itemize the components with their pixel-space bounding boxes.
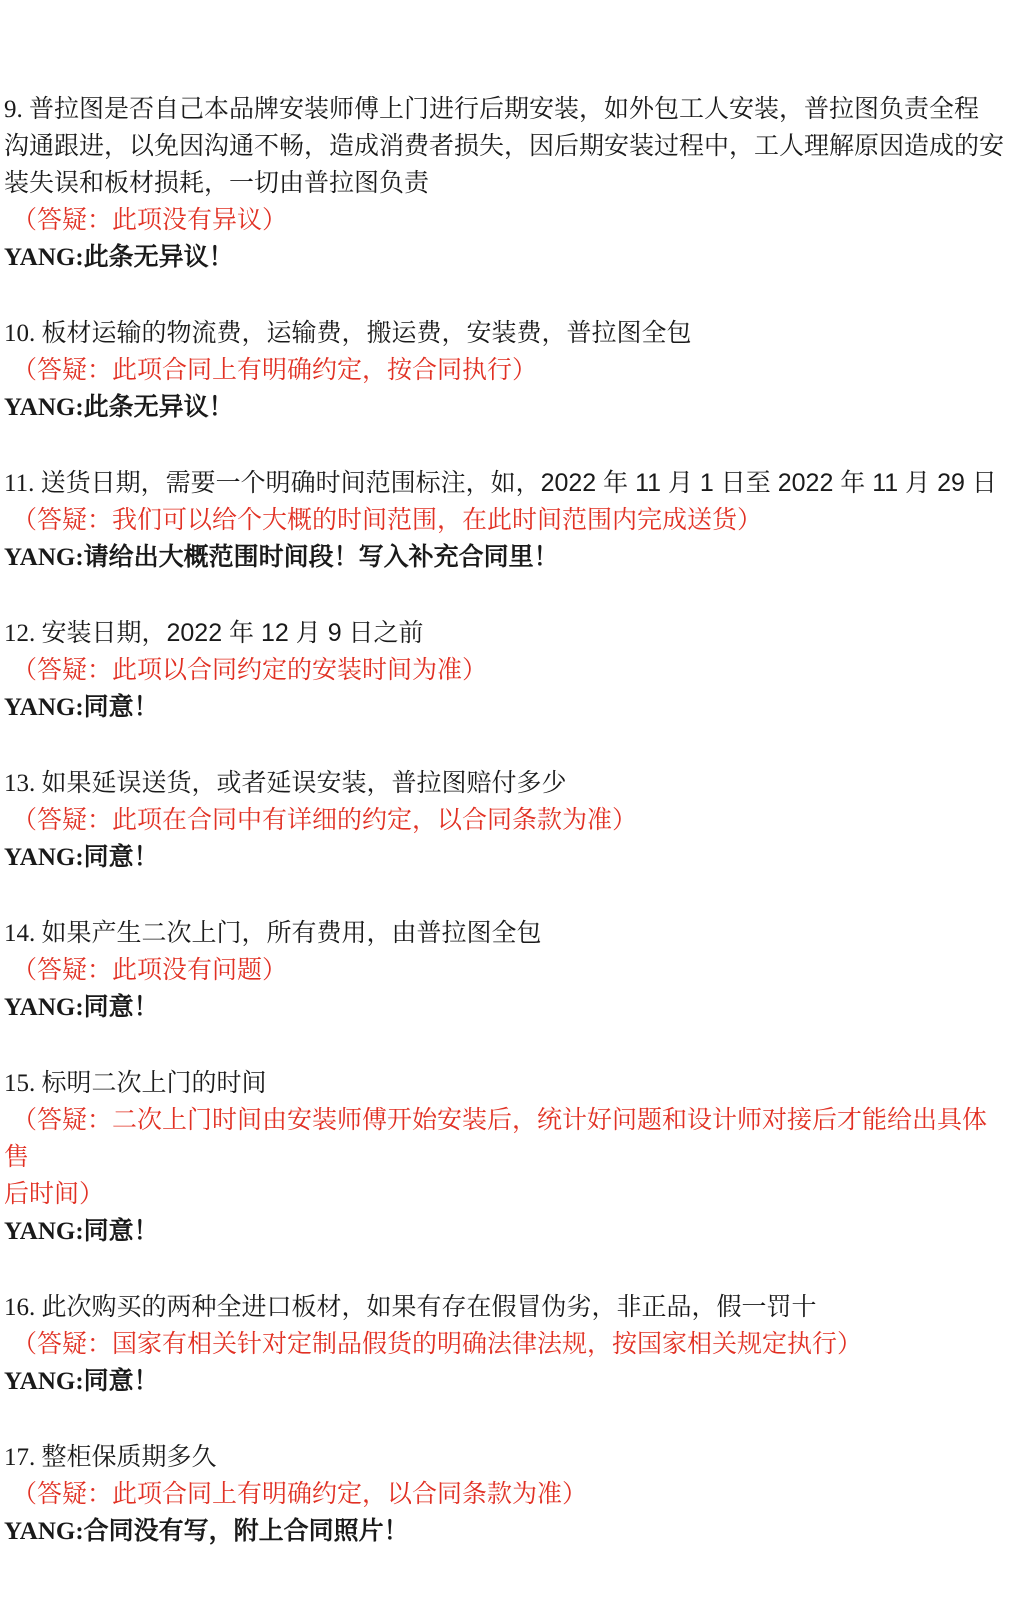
- qa-item: 16. 此次购买的两种全进口板材，如果有存在假冒伪劣，非正品，假一罚十 （答疑：…: [4, 1289, 1008, 1400]
- answer-remark: （答疑：此项在合同中有详细的约定，以合同条款为准）: [4, 802, 1008, 839]
- yang-reply-text: 同意！: [84, 843, 159, 871]
- yang-prefix: YANG:: [4, 994, 84, 1021]
- answer-remark: （答疑：此项以合同约定的安装时间为准）: [4, 652, 1008, 689]
- question-text: 如果延误送货，或者延误安装，普拉图赔付多少: [42, 769, 567, 797]
- question-line: 10. 板材运输的物流费，运输费，搬运费，安装费，普拉图全包: [4, 315, 1008, 352]
- yang-prefix: YANG:: [4, 244, 84, 271]
- question-text: 如果产生二次上门，所有费用，由普拉图全包: [42, 919, 542, 947]
- yang-reply-line: YANG:同意！: [4, 839, 1008, 876]
- question-text: 标明二次上门的时间: [42, 1069, 267, 1097]
- yang-reply-line: YANG:此条无异议！: [4, 239, 1008, 276]
- answer-remark: （答疑：二次上门时间由安装师傅开始安装后，统计好问题和设计师对接后才能给出具体售…: [4, 1102, 1008, 1213]
- answer-remark: （答疑：此项合同上有明确约定，以合同条款为准）: [4, 1476, 1008, 1513]
- answer-remark: （答疑：此项没有问题）: [4, 952, 1008, 989]
- question-line: 11. 送货日期，需要一个明确时间范围标注，如，2022 年 11 月 1 日至…: [4, 465, 1008, 502]
- yang-reply-text: 同意！: [84, 993, 159, 1021]
- question-text: 整柜保质期多久: [42, 1443, 217, 1471]
- qa-item: 14. 如果产生二次上门，所有费用，由普拉图全包 （答疑：此项没有问题） YAN…: [4, 915, 1008, 1026]
- question-text: 安装日期，2022 年 12 月 9 日之前: [42, 619, 424, 647]
- question-text: 此次购买的两种全进口板材，如果有存在假冒伪劣，非正品，假一罚十: [42, 1293, 817, 1321]
- yang-reply-text: 此条无异议！: [84, 243, 234, 271]
- qa-list: 9. 普拉图是否自己本品牌安装师傅上门进行后期安装，如外包工人安装，普拉图负责全…: [4, 91, 1008, 1550]
- question-line: 13. 如果延误送货，或者延误安装，普拉图赔付多少: [4, 765, 1008, 802]
- yang-prefix: YANG:: [4, 1518, 84, 1545]
- yang-reply-line: YANG:此条无异议！: [4, 389, 1008, 426]
- yang-prefix: YANG:: [4, 844, 84, 871]
- question-text: 板材运输的物流费，运输费，搬运费，安装费，普拉图全包: [42, 319, 692, 347]
- answer-remark: （答疑：我们可以给个大概的时间范围，在此时间范围内完成送货）: [4, 502, 1008, 539]
- question-line: 17. 整柜保质期多久: [4, 1439, 1008, 1476]
- yang-reply-line: YANG:同意！: [4, 689, 1008, 726]
- yang-prefix: YANG:: [4, 394, 84, 421]
- question-text: 普拉图是否自己本品牌安装师傅上门进行后期安装，如外包工人安装，普拉图负责全程 沟…: [4, 95, 1004, 197]
- qa-item: 9. 普拉图是否自己本品牌安装师傅上门进行后期安装，如外包工人安装，普拉图负责全…: [4, 91, 1008, 276]
- yang-reply-text: 合同没有写，附上合同照片！: [84, 1517, 409, 1545]
- yang-prefix: YANG:: [4, 1368, 84, 1395]
- yang-reply-line: YANG:同意！: [4, 989, 1008, 1026]
- yang-prefix: YANG:: [4, 544, 84, 571]
- item-number: 11.: [4, 470, 41, 497]
- item-number: 17.: [4, 1444, 42, 1471]
- yang-reply-text: 同意！: [84, 1367, 159, 1395]
- document-page: 9. 普拉图是否自己本品牌安装师傅上门进行后期安装，如外包工人安装，普拉图负责全…: [0, 0, 1022, 1600]
- yang-reply-text: 请给出大概范围时间段！写入补充合同里！: [84, 543, 559, 571]
- item-number: 14.: [4, 920, 42, 947]
- qa-item: 17. 整柜保质期多久 （答疑：此项合同上有明确约定，以合同条款为准） YANG…: [4, 1439, 1008, 1550]
- yang-reply-line: YANG:请给出大概范围时间段！写入补充合同里！: [4, 539, 1008, 576]
- item-number: 10.: [4, 320, 42, 347]
- yang-reply-text: 同意！: [84, 693, 159, 721]
- item-number: 13.: [4, 770, 42, 797]
- qa-item: 15. 标明二次上门的时间 （答疑：二次上门时间由安装师傅开始安装后，统计好问题…: [4, 1065, 1008, 1250]
- qa-item: 10. 板材运输的物流费，运输费，搬运费，安装费，普拉图全包 （答疑：此项合同上…: [4, 315, 1008, 426]
- qa-item: 11. 送货日期，需要一个明确时间范围标注，如，2022 年 11 月 1 日至…: [4, 465, 1008, 576]
- item-number: 9.: [4, 96, 29, 123]
- question-line: 9. 普拉图是否自己本品牌安装师傅上门进行后期安装，如外包工人安装，普拉图负责全…: [4, 91, 1008, 202]
- answer-remark: （答疑：此项没有异议）: [4, 202, 1008, 239]
- yang-prefix: YANG:: [4, 694, 84, 721]
- qa-item: 12. 安装日期，2022 年 12 月 9 日之前 （答疑：此项以合同约定的安…: [4, 615, 1008, 726]
- item-number: 15.: [4, 1070, 42, 1097]
- qa-item: 13. 如果延误送货，或者延误安装，普拉图赔付多少 （答疑：此项在合同中有详细的…: [4, 765, 1008, 876]
- yang-reply-text: 同意！: [84, 1217, 159, 1245]
- yang-reply-text: 此条无异议！: [84, 393, 234, 421]
- yang-reply-line: YANG:同意！: [4, 1213, 1008, 1250]
- question-line: 16. 此次购买的两种全进口板材，如果有存在假冒伪劣，非正品，假一罚十: [4, 1289, 1008, 1326]
- answer-remark: （答疑：此项合同上有明确约定，按合同执行）: [4, 352, 1008, 389]
- answer-remark: （答疑：国家有相关针对定制品假货的明确法律法规，按国家相关规定执行）: [4, 1326, 1008, 1363]
- yang-reply-line: YANG:同意！: [4, 1363, 1008, 1400]
- item-number: 12.: [4, 620, 42, 647]
- question-line: 12. 安装日期，2022 年 12 月 9 日之前: [4, 615, 1008, 652]
- yang-reply-line: YANG:合同没有写，附上合同照片！: [4, 1513, 1008, 1550]
- question-line: 14. 如果产生二次上门，所有费用，由普拉图全包: [4, 915, 1008, 952]
- item-number: 16.: [4, 1294, 42, 1321]
- question-line: 15. 标明二次上门的时间: [4, 1065, 1008, 1102]
- question-text: 送货日期，需要一个明确时间范围标注，如，2022 年 11 月 1 日至 202…: [41, 469, 997, 497]
- yang-prefix: YANG:: [4, 1218, 84, 1245]
